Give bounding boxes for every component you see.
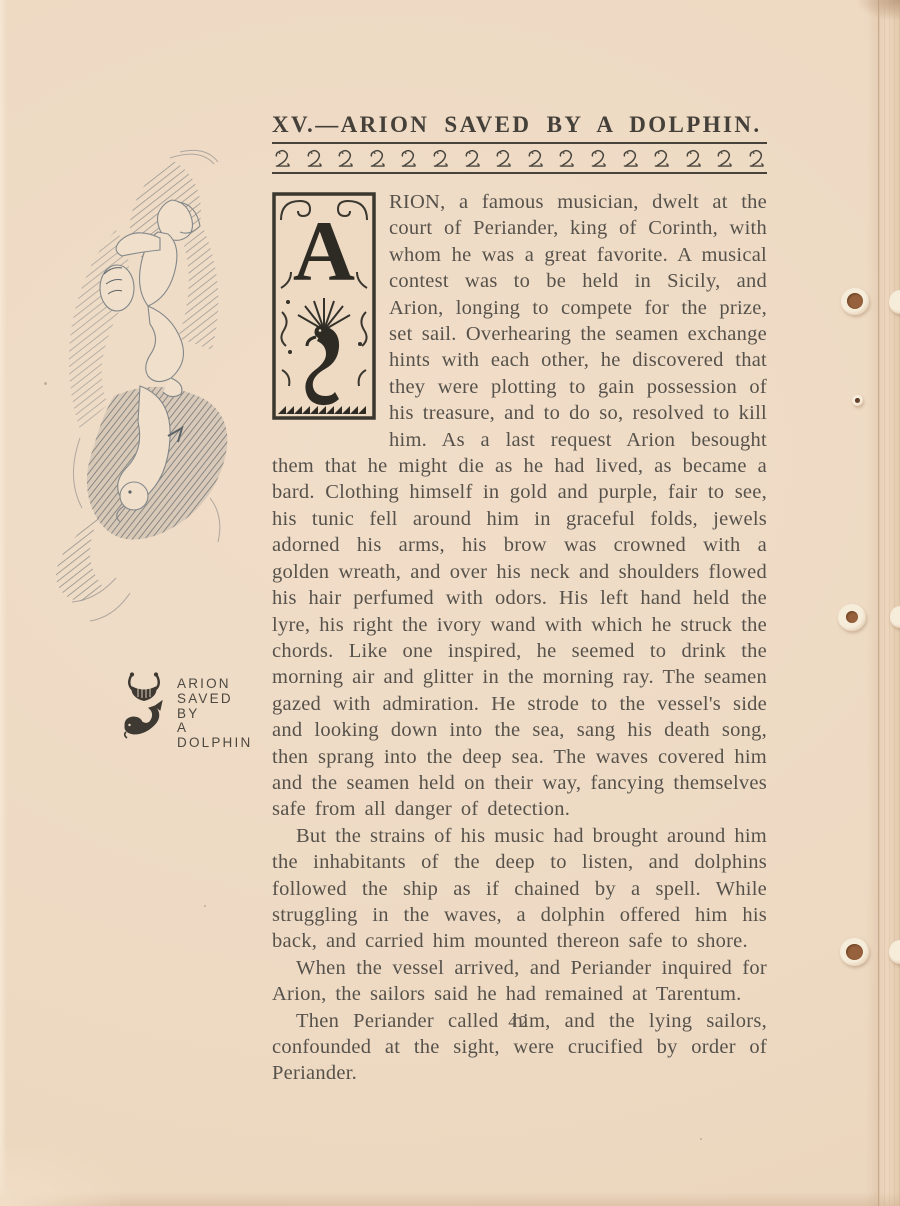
paragraph-3: When the vessel arrived, and Periander i… <box>272 955 767 1008</box>
paragraph-1: A RION, a famous musician, dwelt at the … <box>272 189 767 823</box>
dolphin-ornament-icon <box>556 147 577 170</box>
dolphin-ornament-icon <box>335 147 356 170</box>
arion-dolphin-illustration <box>20 138 248 630</box>
lyre-and-dolphin-icon <box>122 672 166 742</box>
chapter-title: XV.—ARION SAVED BY A DOLPHIN. <box>272 112 767 138</box>
dolphin-ornament-icon <box>493 147 514 170</box>
dolphin-ornament-icon <box>714 147 735 170</box>
punch-hole <box>841 288 869 315</box>
text-column: XV.—ARION SAVED BY A DOLPHIN. A <box>272 112 767 1087</box>
dolphin-ornament-icon <box>746 147 767 170</box>
dolphin-ornament-icon <box>367 147 388 170</box>
page-bottom-shadow <box>0 1192 900 1206</box>
story-text: A RION, a famous musician, dwelt at the … <box>272 189 767 1087</box>
dust-speck <box>700 1138 702 1140</box>
punch-hole <box>838 604 866 631</box>
drop-cap-letter: A <box>293 203 355 299</box>
dolphin-ornament-icon <box>462 147 483 170</box>
dolphin-ornament-icon <box>430 147 451 170</box>
dolphin-ornament-icon <box>272 147 293 170</box>
paragraph-2: But the strains of his music had brought… <box>272 823 767 955</box>
dolphin-ornament-icon <box>525 147 546 170</box>
dust-speck <box>204 905 206 907</box>
book-page-scan: { "header": { "title": "XV.\u2014ARION S… <box>0 0 900 1206</box>
punch-hole <box>840 938 869 966</box>
caption-line: A <box>177 721 252 736</box>
punch-hole-small <box>852 395 863 406</box>
caption-line: DOLPHIN <box>177 736 252 751</box>
dolphin-ornament-icon <box>683 147 704 170</box>
ornament-rule <box>272 172 767 174</box>
page-corner-shadow <box>858 0 900 20</box>
illustration-caption: ARION SAVED BY A DOLPHIN <box>122 672 252 751</box>
page-corner-tint <box>0 1146 120 1206</box>
page-crease-shadow <box>866 0 878 1206</box>
dolphin-ornament-icon <box>398 147 419 170</box>
title-rule <box>272 142 767 144</box>
dolphin-ornament-icon <box>620 147 641 170</box>
dolphin-ornament-icon <box>651 147 672 170</box>
caption-line: ARION <box>177 677 252 692</box>
ornament-row <box>272 146 767 171</box>
page-left-edge <box>0 0 7 1206</box>
book-page-edge <box>878 0 900 1206</box>
dolphin-ornament-icon <box>304 147 325 170</box>
drop-cap-initial: A <box>272 192 376 420</box>
dolphin-ornament-icon <box>588 147 609 170</box>
caption-line: SAVED <box>177 692 252 707</box>
page-number: 42 <box>272 1012 767 1032</box>
caption-line: BY <box>177 707 252 722</box>
